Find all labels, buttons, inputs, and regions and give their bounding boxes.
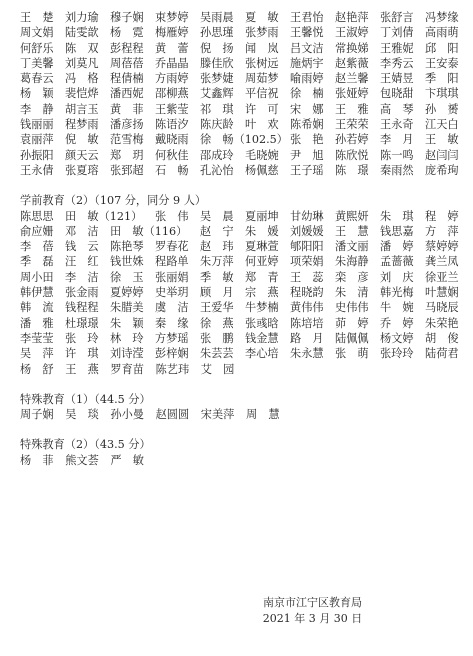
person-name: 徐 燕 <box>200 316 245 331</box>
person-name: 徐亚兰 <box>425 270 470 285</box>
person-name: 周小田 <box>20 270 65 285</box>
person-name: 王安泰 <box>425 56 470 71</box>
person-name: 葛春云 <box>20 71 65 86</box>
person-name: 钱 云 <box>65 239 110 254</box>
person-name: 邵柳燕 <box>155 86 200 101</box>
person-name: 何秋佳 <box>155 148 200 163</box>
person-name: 吴雨晨 <box>200 10 245 25</box>
person-name: 吴 晨 <box>200 209 245 224</box>
person-name: 汪 红 <box>65 254 110 269</box>
person-name: 王淑婷 <box>335 25 380 40</box>
person-name: 祁 琪 <box>200 102 245 117</box>
person-name: 刘诗滢 <box>110 346 155 361</box>
person-name: 束梦婷 <box>155 10 200 25</box>
person-name: 钱世姝 <box>110 254 155 269</box>
person-name: 毛晓婉 <box>245 148 290 163</box>
issuing-organization: 南京市江宁区教育局 <box>260 595 365 611</box>
person-name: 季 阳 <box>425 71 470 86</box>
name-row: 李莹莹张 玲林 玲方梦瑶张 鹏钱金慧路 月陆佩佩杨文婷胡 俊 <box>20 331 470 346</box>
section-title-preschool-2: 学前教育（2）（107 分，同分 9 人） <box>20 193 470 208</box>
person-name: 喻雨婷 <box>290 71 335 86</box>
person-name: 王 敏 <box>425 132 470 147</box>
person-name: 陈艳琴 <box>110 239 155 254</box>
person-name: 罗春花 <box>155 239 200 254</box>
name-row: 吴 萍许 琪刘诗滢彭梓娴朱芸芸李心培朱永慧张 萌张玲玲陆荷君 <box>20 346 470 361</box>
document-page: 王 楚刘力瑜穆子娴束梦婷吴雨晨夏 敏王君怡赵艳萍张舒言冯梦缘周文娟陆雯歆杨 霓梅… <box>20 10 470 468</box>
person-name: 郑 青 <box>245 270 290 285</box>
person-name: 甘幼琳 <box>290 209 335 224</box>
person-name: 平信祝 <box>245 86 290 101</box>
person-name: 陈欣悦 <box>335 148 380 163</box>
issue-date: 2021 年 3 月 30 日 <box>260 611 365 627</box>
person-name: 黄 菲 <box>110 102 155 117</box>
person-name: 胡 俊 <box>425 331 470 346</box>
person-name: 刘媛媛 <box>290 224 335 239</box>
person-name: 王爱华 <box>200 300 245 315</box>
person-name: 路 月 <box>290 331 335 346</box>
person-name: 张梦雨 <box>245 25 290 40</box>
person-name: 朱 琪 <box>380 209 425 224</box>
person-name: 陈语汐 <box>155 117 200 132</box>
signature-block: 南京市江宁区教育局 2021 年 3 月 30 日 <box>260 595 365 627</box>
person-name: 宋 娜 <box>290 102 335 117</box>
person-name: 周茹梦 <box>245 71 290 86</box>
person-name: 潘 婷 <box>380 239 425 254</box>
person-name: 钱思嘉 <box>380 224 425 239</box>
person-name: 方 萍 <box>425 224 470 239</box>
person-name: 夏丽坤 <box>245 209 290 224</box>
person-name: 史伟伟 <box>335 300 380 315</box>
person-name: 艾 园 <box>201 362 246 377</box>
person-name: 高 琴 <box>380 102 425 117</box>
person-name: 何亚婷 <box>245 254 290 269</box>
section-title-special-ed-1: 特殊教育（1）（44.5 分） <box>20 392 470 407</box>
person-name: 潘文丽 <box>335 239 380 254</box>
person-name: 牛梦楠 <box>245 300 290 315</box>
person-name: 李 洁 <box>65 270 110 285</box>
person-name: 孙若婷 <box>335 132 380 147</box>
person-name: 叶 欢 <box>245 117 290 132</box>
person-name: 方雨婷 <box>155 71 200 86</box>
person-name: 刘力瑜 <box>65 10 110 25</box>
person-name: 田 敏（116） <box>110 224 200 239</box>
person-name: 秦 缘 <box>155 316 200 331</box>
person-name: 丁美馨 <box>20 56 65 71</box>
person-name: 陈思思 <box>20 209 65 224</box>
name-row: 潘 雅杜璟璟朱 颖秦 缘徐 燕张彧晗陈培培茆 婷乔 婷朱荣艳 <box>20 316 470 331</box>
person-name: 钱丽丽 <box>20 117 65 132</box>
person-name: 吴 琰 <box>65 407 110 422</box>
person-name: 尹 旭 <box>290 148 335 163</box>
person-name: 熊文荟 <box>65 453 110 468</box>
person-name: 朱海静 <box>335 254 380 269</box>
person-name: 李莹莹 <box>20 331 65 346</box>
person-name: 朱永慧 <box>290 346 335 361</box>
name-row: 周子娴吴 琰孙小曼赵圆圆宋美萍周 慧 <box>20 407 470 422</box>
person-name: 宋美萍 <box>201 407 246 422</box>
person-name: 冯梦缘 <box>425 10 470 25</box>
person-name: 李秀云 <box>380 56 425 71</box>
person-name: 潘彦扬 <box>110 117 155 132</box>
person-name: 赵 玮 <box>200 239 245 254</box>
person-name: 范雪梅 <box>110 132 155 147</box>
person-name: 潘 雅 <box>20 316 65 331</box>
person-name: 黄 蕾 <box>155 41 200 56</box>
person-name: 程晓韵 <box>290 285 335 300</box>
name-row: 杨 舒王 燕罗育苗陈艺玮艾 园 <box>20 362 470 377</box>
person-name: 陈艺玮 <box>156 362 201 377</box>
person-name: 滕佳欣 <box>200 56 245 71</box>
person-name: 林 玲 <box>110 331 155 346</box>
person-name: 马晓辰 <box>425 300 470 315</box>
person-name: 卞琪琪 <box>425 86 470 101</box>
person-name: 石 畅 <box>155 163 200 178</box>
person-name: 杨 颖 <box>20 86 65 101</box>
person-name: 江天白 <box>425 117 470 132</box>
person-name: 乔 婷 <box>380 316 425 331</box>
person-name: 韩 流 <box>20 300 65 315</box>
person-name: 陆荷君 <box>425 346 470 361</box>
name-row: 季 磊汪 红钱世姝程路单朱万萍何亚婷项荣娟朱海静孟蔷薇龚兰凤 <box>20 254 470 269</box>
person-name: 戴晓雨 <box>155 132 200 147</box>
person-name: 赵艳萍 <box>335 10 380 25</box>
person-name: 彭梓娴 <box>155 346 200 361</box>
name-row: 杨 菲熊文荟严 敏 <box>20 453 470 468</box>
name-row: 杨 颖裴恺烨潘西妮邵柳燕艾鑫辉平信祝徐 楠张娅婷包晓甜卞琪琪 <box>20 86 470 101</box>
name-row: 丁美馨刘莫凡周蓓蓓乔晶晶滕佳欣张树远施炳宇赵紫薇李秀云王安泰 <box>20 56 470 71</box>
person-name: 陈希娴 <box>290 117 335 132</box>
person-name: 庞希珣 <box>425 163 470 178</box>
person-name: 周 慧 <box>246 407 291 422</box>
person-name: 孔沁怡 <box>200 163 245 178</box>
person-name: 杨佩慈 <box>245 163 290 178</box>
person-name: 朱腊美 <box>110 300 155 315</box>
person-name: 徐 畅（102.5） <box>200 132 290 147</box>
person-name: 吕文洁 <box>290 41 335 56</box>
person-name: 郑 玥 <box>110 148 155 163</box>
person-name: 张玲玲 <box>380 346 425 361</box>
section-title-special-ed-2: 特殊教育（2）（43.5 分） <box>20 437 470 452</box>
person-name: 方梦瑶 <box>155 331 200 346</box>
name-row: 李 静胡言玉黄 菲王紫莹祁 琪许 可宋 娜王 雅高 琴孙 赟 <box>20 102 470 117</box>
person-name: 张丽娟 <box>155 270 200 285</box>
person-name: 孙思瑾 <box>200 25 245 40</box>
person-name: 冯 格 <box>65 71 110 86</box>
person-name: 宗 燕 <box>245 285 290 300</box>
person-name: 赵兰馨 <box>335 71 380 86</box>
person-name: 倪 敏 <box>65 132 110 147</box>
person-name: 王子瑶 <box>290 163 335 178</box>
person-name: 刘莫凡 <box>65 56 110 71</box>
person-name: 朱荣艳 <box>425 316 470 331</box>
person-name: 朱 清 <box>335 285 380 300</box>
person-name: 项荣娟 <box>290 254 335 269</box>
person-name: 夏 敏 <box>245 10 290 25</box>
person-name: 赵圆圆 <box>156 407 201 422</box>
person-name: 孙振阳 <box>20 148 65 163</box>
person-name: 张舒言 <box>380 10 425 25</box>
name-row: 韩伊慧张金雨夏婷婷史举玥顾 月宗 燕程晓韵朱 清韩光梅叶慧娴 <box>20 285 470 300</box>
name-row: 周小田李 洁徐 玉张丽娟季 敏郑 青王 蕊栾 彦刘 庆徐亚兰 <box>20 270 470 285</box>
name-row: 陈思思田 敏（121）张 伟吴 晨夏丽坤甘幼琳黄熙妍朱 琪程 婷 <box>20 209 470 224</box>
person-name: 胡言玉 <box>65 102 110 117</box>
section-divider <box>20 377 470 392</box>
name-row: 俞应姗邓 洁田 敏（116）赵 宁朱 媛刘媛媛王 慧钱思嘉方 萍 <box>20 224 470 239</box>
name-row: 王 楚刘力瑜穆子娴束梦婷吴雨晨夏 敏王君怡赵艳萍张舒言冯梦缘 <box>20 10 470 25</box>
person-name: 史举玥 <box>155 285 200 300</box>
name-row: 李 蓓钱 云陈艳琴罗春花赵 玮夏琳萱郇阳阳潘文丽潘 婷蔡婷婷 <box>20 239 470 254</box>
person-name: 朱万萍 <box>200 254 245 269</box>
person-name: 乔晶晶 <box>155 56 200 71</box>
person-name: 程倩楠 <box>110 71 155 86</box>
section-divider <box>20 422 470 437</box>
person-name: 李 月 <box>380 132 425 147</box>
person-name: 闻 岚 <box>245 41 290 56</box>
person-name: 朱 颖 <box>110 316 155 331</box>
person-name: 陈庆龄 <box>200 117 245 132</box>
person-name: 何舒乐 <box>20 41 65 56</box>
person-name: 周文娟 <box>20 25 65 40</box>
person-name: 郇阳阳 <box>290 239 335 254</box>
person-name: 梅雁婷 <box>155 25 200 40</box>
person-name: 黄伟伟 <box>290 300 335 315</box>
person-name: 王永奇 <box>380 117 425 132</box>
person-name: 张金雨 <box>65 285 110 300</box>
name-row: 钱丽丽程梦雨潘彦扬陈语汐陈庆龄叶 欢陈希娴王荣荣王永奇江天白 <box>20 117 470 132</box>
person-name: 王婧昱 <box>380 71 425 86</box>
person-name: 程路单 <box>155 254 200 269</box>
person-name: 杨 菲 <box>20 453 65 468</box>
person-name: 王馨悦 <box>290 25 335 40</box>
person-name: 常换娣 <box>335 41 380 56</box>
person-name: 虞 洁 <box>155 300 200 315</box>
person-name: 俞应姗 <box>20 224 65 239</box>
person-name: 张 萌 <box>335 346 380 361</box>
person-name: 杨 霓 <box>110 25 155 40</box>
person-name: 王 燕 <box>65 362 110 377</box>
person-name: 王雅妮 <box>380 41 425 56</box>
person-name: 罗育苗 <box>110 362 155 377</box>
person-name: 张 玲 <box>65 331 110 346</box>
person-name: 杨 舒 <box>20 362 65 377</box>
name-row: 王永倩张夏瑢张郅超石 畅孔沁怡杨佩慈王子瑶陈 璟秦雨然庞希珣 <box>20 163 470 178</box>
person-name: 周蓓蓓 <box>110 56 155 71</box>
person-name: 韩光梅 <box>380 285 425 300</box>
person-name: 施炳宇 <box>290 56 335 71</box>
person-name: 王 雅 <box>335 102 380 117</box>
person-name: 陈 璟 <box>335 163 380 178</box>
person-name: 程梦雨 <box>65 117 110 132</box>
name-row: 葛春云冯 格程倩楠方雨婷张梦婕周茹梦喻雨婷赵兰馨王婧昱季 阳 <box>20 71 470 86</box>
name-list-section-1: 王 楚刘力瑜穆子娴束梦婷吴雨晨夏 敏王君怡赵艳萍张舒言冯梦缘周文娟陆雯歆杨 霓梅… <box>20 10 470 178</box>
person-name: 倪 扬 <box>200 41 245 56</box>
person-name: 孙小曼 <box>110 407 155 422</box>
person-name: 张夏瑢 <box>65 163 110 178</box>
person-name: 王 慧 <box>335 224 380 239</box>
person-name: 张 鹏 <box>200 331 245 346</box>
person-name: 陆佩佩 <box>335 331 380 346</box>
person-name: 龚兰凤 <box>425 254 470 269</box>
name-row: 何舒乐陈 双彭程程黄 蕾倪 扬闻 岚吕文洁常换娣王雅妮邱 阳 <box>20 41 470 56</box>
person-name: 孟蔷薇 <box>380 254 425 269</box>
person-name: 李 蓓 <box>20 239 65 254</box>
person-name: 穆子娴 <box>110 10 155 25</box>
person-name: 颜天云 <box>65 148 110 163</box>
person-name: 陈培培 <box>290 316 335 331</box>
name-row: 孙振阳颜天云郑 玥何秋佳邵成玲毛晓婉尹 旭陈欣悦陈一鸣赵闫闫 <box>20 148 470 163</box>
person-name: 顾 月 <box>200 285 245 300</box>
person-name: 程 婷 <box>425 209 470 224</box>
person-name: 栾 彦 <box>335 270 380 285</box>
person-name: 王紫莹 <box>155 102 200 117</box>
person-name: 徐 玉 <box>110 270 155 285</box>
name-row: 韩 流钱程程朱腊美虞 洁王爱华牛梦楠黄伟伟史伟伟牛 婉马晓辰 <box>20 300 470 315</box>
person-name: 张娅婷 <box>335 86 380 101</box>
section-divider <box>20 178 470 193</box>
person-name: 赵 宁 <box>200 224 245 239</box>
person-name: 陈 双 <box>65 41 110 56</box>
person-name: 高雨萌 <box>425 25 470 40</box>
person-name: 王 蕊 <box>290 270 335 285</box>
person-name: 张 艳 <box>290 132 335 147</box>
person-name: 赵紫薇 <box>335 56 380 71</box>
person-name: 杨文婷 <box>380 331 425 346</box>
person-name: 王君怡 <box>290 10 335 25</box>
person-name: 杜璟璟 <box>65 316 110 331</box>
name-list-special-ed-1: 周子娴吴 琰孙小曼赵圆圆宋美萍周 慧 <box>20 407 470 422</box>
person-name: 季 磊 <box>20 254 65 269</box>
person-name: 吴 萍 <box>20 346 65 361</box>
person-name: 田 敏（121） <box>65 209 155 224</box>
person-name: 孙 赟 <box>425 102 470 117</box>
person-name: 秦雨然 <box>380 163 425 178</box>
person-name: 刘 庆 <box>380 270 425 285</box>
person-name: 蔡婷婷 <box>425 239 470 254</box>
person-name: 钱金慧 <box>245 331 290 346</box>
person-name: 季 敏 <box>200 270 245 285</box>
person-name: 彭程程 <box>110 41 155 56</box>
person-name: 潘西妮 <box>110 86 155 101</box>
person-name: 张 伟 <box>155 209 200 224</box>
person-name: 朱芸芸 <box>200 346 245 361</box>
person-name: 艾鑫辉 <box>200 86 245 101</box>
person-name: 夏琳萱 <box>245 239 290 254</box>
name-row: 袁丽萍倪 敏范雪梅戴晓雨徐 畅（102.5）张 艳孙若婷李 月王 敏 <box>20 132 470 147</box>
name-list-preschool-2: 陈思思田 敏（121）张 伟吴 晨夏丽坤甘幼琳黄熙妍朱 琪程 婷俞应姗邓 洁田 … <box>20 209 470 377</box>
person-name: 李心培 <box>245 346 290 361</box>
person-name: 邱 阳 <box>425 41 470 56</box>
person-name: 裴恺烨 <box>65 86 110 101</box>
person-name: 黄熙妍 <box>335 209 380 224</box>
person-name: 许 可 <box>245 102 290 117</box>
person-name: 丁刘倩 <box>380 25 425 40</box>
person-name: 王永倩 <box>20 163 65 178</box>
person-name: 邓 洁 <box>65 224 110 239</box>
person-name: 韩伊慧 <box>20 285 65 300</box>
person-name: 牛 婉 <box>380 300 425 315</box>
person-name: 王 楚 <box>20 10 65 25</box>
person-name: 陈一鸣 <box>380 148 425 163</box>
person-name: 叶慧娴 <box>425 285 470 300</box>
name-list-special-ed-2: 杨 菲熊文荟严 敏 <box>20 453 470 468</box>
name-row: 周文娟陆雯歆杨 霓梅雁婷孙思瑾张梦雨王馨悦王淑婷丁刘倩高雨萌 <box>20 25 470 40</box>
person-name: 袁丽萍 <box>20 132 65 147</box>
person-name: 周子娴 <box>20 407 65 422</box>
person-name: 陆雯歆 <box>65 25 110 40</box>
person-name: 许 琪 <box>65 346 110 361</box>
person-name: 王荣荣 <box>335 117 380 132</box>
person-name: 茆 婷 <box>335 316 380 331</box>
person-name: 张梦婕 <box>200 71 245 86</box>
person-name: 邵成玲 <box>200 148 245 163</box>
person-name: 夏婷婷 <box>110 285 155 300</box>
person-name: 徐 楠 <box>290 86 335 101</box>
person-name: 朱 媛 <box>245 224 290 239</box>
person-name: 张郅超 <box>110 163 155 178</box>
person-name: 严 敏 <box>110 453 155 468</box>
person-name: 张树远 <box>245 56 290 71</box>
person-name: 赵闫闫 <box>425 148 470 163</box>
person-name: 钱程程 <box>65 300 110 315</box>
person-name: 李 静 <box>20 102 65 117</box>
person-name: 张彧晗 <box>245 316 290 331</box>
person-name: 包晓甜 <box>380 86 425 101</box>
